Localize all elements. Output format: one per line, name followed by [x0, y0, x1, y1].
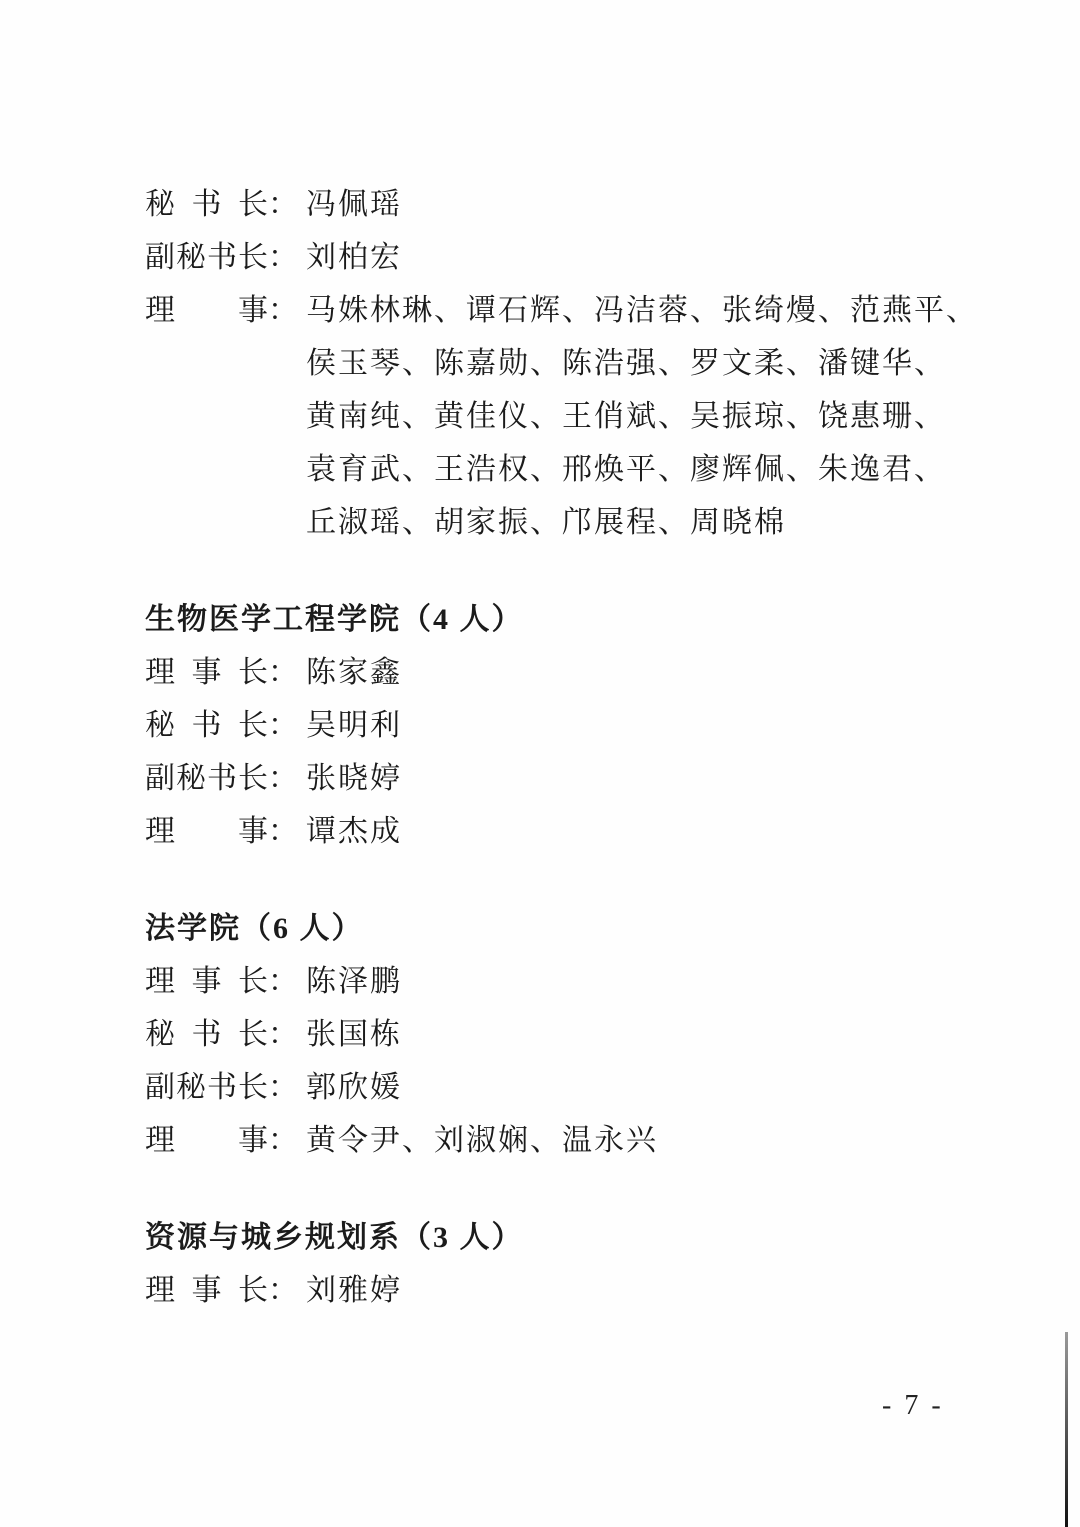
- role-label-char: 理: [145, 646, 175, 699]
- role-colon: ：: [268, 178, 298, 231]
- role-label-char: 书: [192, 1008, 222, 1061]
- role-entry: 秘书长 ： 吴明利: [145, 699, 1020, 752]
- role-entry: 副秘书长 ： 郭欣媛: [145, 1061, 1020, 1114]
- role-label-char: 长: [238, 178, 268, 231]
- scan-artifact-line: [1065, 1332, 1068, 1527]
- role-label-char: 事: [238, 805, 268, 858]
- section-entries: 理事长 ： 陈家鑫 秘书长 ： 吴明利 副秘书长 ： 张晓婷 理事 ： 谭杰成: [145, 646, 1020, 858]
- section-entries: 理事长 ： 刘雅婷: [145, 1264, 1020, 1317]
- role-colon: ：: [268, 1114, 298, 1167]
- role-entry: 副秘书长 ： 刘柏宏: [145, 231, 1020, 284]
- role-label: 秘书长: [145, 699, 268, 752]
- role-names: 冯佩瑶: [306, 178, 1020, 231]
- role-label-char: 长: [238, 699, 268, 752]
- role-label-char: 理: [145, 955, 175, 1008]
- role-colon: ：: [268, 1061, 298, 1114]
- section-entries: 秘书长 ： 冯佩瑶 副秘书长 ： 刘柏宏 理事 ： 马姝林琳、谭石辉、冯洁蓉、张…: [145, 178, 1020, 549]
- role-entry: 理事 ： 黄令尹、刘淑娴、温永兴: [145, 1114, 1020, 1167]
- role-entry: 副秘书长 ： 张晓婷: [145, 752, 1020, 805]
- role-names: 张国栋: [306, 1008, 1020, 1061]
- names-line: 黄令尹、刘淑娴、温永兴: [306, 1114, 1020, 1167]
- role-colon: ：: [268, 1264, 298, 1317]
- role-label: 理事: [145, 284, 268, 337]
- section-entries: 理事长 ： 陈泽鹏 秘书长 ： 张国栋 副秘书长 ： 郭欣媛 理事 ： 黄令尹、…: [145, 955, 1020, 1167]
- names-line: 谭杰成: [306, 805, 1020, 858]
- roster-section: 秘书长 ： 冯佩瑶 副秘书长 ： 刘柏宏 理事 ： 马姝林琳、谭石辉、冯洁蓉、张…: [145, 178, 1020, 549]
- names-line: 陈泽鹏: [306, 955, 1020, 1008]
- role-label-char: 副: [145, 1061, 175, 1114]
- role-label: 副秘书长: [145, 231, 268, 284]
- role-label-char: 长: [238, 646, 268, 699]
- names-line: 黄南纯、黄佳仪、王俏斌、吴振琼、饶惠珊、: [306, 390, 1020, 443]
- role-entry: 理事长 ： 陈泽鹏: [145, 955, 1020, 1008]
- role-colon: ：: [268, 955, 298, 1008]
- role-label-char: 副: [145, 752, 175, 805]
- role-label-char: 理: [145, 1264, 175, 1317]
- roster-section: 资源与城乡规划系（3 人） 理事长 ： 刘雅婷: [145, 1211, 1020, 1317]
- document-page: 秘书长 ： 冯佩瑶 副秘书长 ： 刘柏宏 理事 ： 马姝林琳、谭石辉、冯洁蓉、张…: [0, 0, 1080, 1527]
- names-line: 张晓婷: [306, 752, 1020, 805]
- role-names: 谭杰成: [306, 805, 1020, 858]
- role-label-char: 长: [238, 1008, 268, 1061]
- role-label-char: 书: [207, 231, 237, 284]
- role-label-char: 秘: [145, 178, 175, 231]
- role-names: 陈家鑫: [306, 646, 1020, 699]
- role-label: 理事长: [145, 955, 268, 1008]
- role-label-char: 理: [145, 284, 175, 337]
- page-number: - 7 -: [882, 1390, 944, 1422]
- section-heading: 法学院（6 人）: [145, 902, 1020, 955]
- role-colon: ：: [268, 699, 298, 752]
- role-label: 秘书长: [145, 1008, 268, 1061]
- roster-section: 生物医学工程学院（4 人） 理事长 ： 陈家鑫 秘书长 ： 吴明利 副秘书长 ：…: [145, 593, 1020, 858]
- role-colon: ：: [268, 231, 298, 284]
- role-label: 理事长: [145, 1264, 268, 1317]
- role-label-char: 理: [145, 1114, 175, 1167]
- names-line: 陈家鑫: [306, 646, 1020, 699]
- role-label-char: 秘: [176, 1061, 206, 1114]
- role-entry: 理事 ： 马姝林琳、谭石辉、冯洁蓉、张绮熳、范燕平、侯玉琴、陈嘉勋、陈浩强、罗文…: [145, 284, 1020, 549]
- role-colon: ：: [268, 752, 298, 805]
- role-label: 理事长: [145, 646, 268, 699]
- role-label-char: 秘: [176, 231, 206, 284]
- role-label-char: 书: [192, 178, 222, 231]
- role-colon: ：: [268, 1008, 298, 1061]
- names-line: 丘淑瑶、胡家振、邝展程、周晓棉: [306, 496, 1020, 549]
- role-colon: ：: [268, 805, 298, 858]
- role-names: 郭欣媛: [306, 1061, 1020, 1114]
- names-line: 刘柏宏: [306, 231, 1020, 284]
- names-line: 马姝林琳、谭石辉、冯洁蓉、张绮熳、范燕平、: [306, 284, 1020, 337]
- role-label-char: 书: [207, 752, 237, 805]
- role-entry: 理事长 ： 陈家鑫: [145, 646, 1020, 699]
- document-content: 秘书长 ： 冯佩瑶 副秘书长 ： 刘柏宏 理事 ： 马姝林琳、谭石辉、冯洁蓉、张…: [145, 178, 1020, 1317]
- section-heading: 资源与城乡规划系（3 人）: [145, 1211, 1020, 1264]
- role-names: 吴明利: [306, 699, 1020, 752]
- role-entry: 秘书长 ： 冯佩瑶: [145, 178, 1020, 231]
- role-label: 理事: [145, 1114, 268, 1167]
- role-names: 陈泽鹏: [306, 955, 1020, 1008]
- role-label: 副秘书长: [145, 1061, 268, 1114]
- section-heading: 生物医学工程学院（4 人）: [145, 593, 1020, 646]
- role-label-char: 理: [145, 805, 175, 858]
- role-label-char: 长: [238, 231, 268, 284]
- names-line: 袁育武、王浩权、邢焕平、廖辉佩、朱逸君、: [306, 443, 1020, 496]
- role-entry: 秘书长 ： 张国栋: [145, 1008, 1020, 1061]
- role-label: 副秘书长: [145, 752, 268, 805]
- role-entry: 理事 ： 谭杰成: [145, 805, 1020, 858]
- role-label-char: 长: [238, 752, 268, 805]
- role-label-char: 事: [238, 284, 268, 337]
- role-label-char: 秘: [145, 1008, 175, 1061]
- role-names: 刘雅婷: [306, 1264, 1020, 1317]
- names-line: 侯玉琴、陈嘉勋、陈浩强、罗文柔、潘键华、: [306, 337, 1020, 390]
- role-names: 黄令尹、刘淑娴、温永兴: [306, 1114, 1020, 1167]
- role-colon: ：: [268, 284, 298, 337]
- role-label: 秘书长: [145, 178, 268, 231]
- role-names: 马姝林琳、谭石辉、冯洁蓉、张绮熳、范燕平、侯玉琴、陈嘉勋、陈浩强、罗文柔、潘键华…: [306, 284, 1020, 549]
- role-label-char: 事: [192, 955, 222, 1008]
- role-label-char: 长: [238, 1061, 268, 1114]
- role-label-char: 秘: [176, 752, 206, 805]
- role-label-char: 书: [192, 699, 222, 752]
- role-names: 刘柏宏: [306, 231, 1020, 284]
- names-line: 郭欣媛: [306, 1061, 1020, 1114]
- role-label-char: 事: [192, 646, 222, 699]
- names-line: 张国栋: [306, 1008, 1020, 1061]
- names-line: 吴明利: [306, 699, 1020, 752]
- names-line: 刘雅婷: [306, 1264, 1020, 1317]
- role-label-char: 事: [238, 1114, 268, 1167]
- role-label-char: 书: [207, 1061, 237, 1114]
- role-label-char: 事: [192, 1264, 222, 1317]
- roster-section: 法学院（6 人） 理事长 ： 陈泽鹏 秘书长 ： 张国栋 副秘书长 ： 郭欣媛 …: [145, 902, 1020, 1167]
- role-label: 理事: [145, 805, 268, 858]
- role-label-char: 长: [238, 1264, 268, 1317]
- role-label-char: 秘: [145, 699, 175, 752]
- role-entry: 理事长 ： 刘雅婷: [145, 1264, 1020, 1317]
- role-names: 张晓婷: [306, 752, 1020, 805]
- role-colon: ：: [268, 646, 298, 699]
- role-label-char: 长: [238, 955, 268, 1008]
- names-line: 冯佩瑶: [306, 178, 1020, 231]
- role-label-char: 副: [145, 231, 175, 284]
